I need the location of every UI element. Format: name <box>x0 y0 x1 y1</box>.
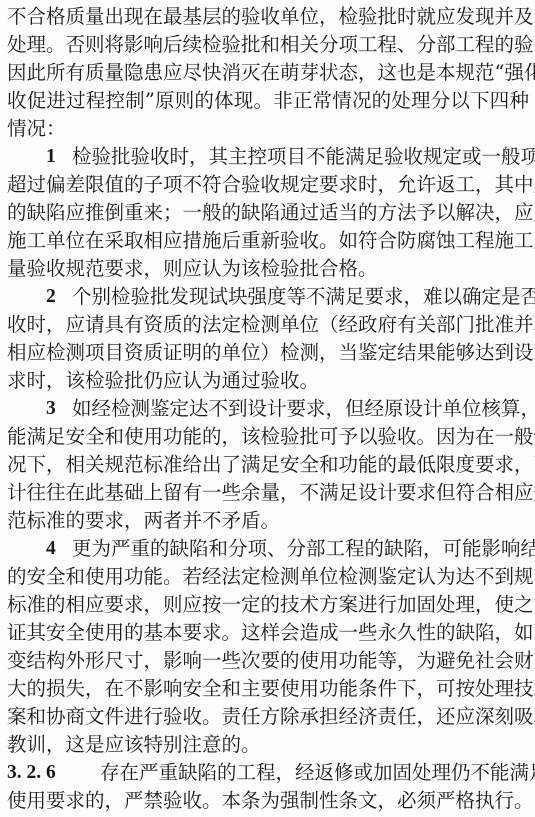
item-number: 3 <box>46 395 56 423</box>
text-line: 更为严重的缺陷和分项、分部工程的缺陷，可能影响结构 <box>72 535 529 563</box>
text-line: 因此所有质量隐患应尽快消灭在萌芽状态，这也是本规范“强化验 <box>7 59 529 87</box>
text-line: 的缺陷应推倒重来；一般的缺陷通过适当的方法予以解决，应允许 <box>7 199 529 227</box>
text-line: 收时，应请具有资质的法定检测单位（经政府有关部门批准并取得 <box>7 311 529 339</box>
text-line: 案和协商文件进行验收。责任方除承担经济责任，还应深刻吸取 <box>7 703 529 731</box>
text-line: 能满足安全和使用功能的，该检验批可予以验收。因为在一般情 <box>7 423 529 451</box>
text-line: 变结构外形尺寸，影响一些次要的使用功能等，为避免社会财产更 <box>7 647 529 675</box>
text-line: 存在严重缺陷的工程，经返修或加固处理仍不能满足安全 <box>100 759 529 787</box>
text-line: 如经检测鉴定达不到设计要求，但经原设计单位核算，仍 <box>72 395 529 423</box>
clause-number: 3. 2. 6 <box>7 759 56 787</box>
text-line: 范标准的要求，两者并不矛盾。 <box>7 507 529 535</box>
text-line: 大的损失，在不影响安全和主要使用功能条件下，可按处理技术方 <box>7 675 529 703</box>
item-number: 4 <box>46 535 56 563</box>
text-line: 求时，该检验批仍应认为通过验收。 <box>7 367 529 395</box>
text-line: 计往往在此基础上留有一些余量，不满足设计要求但符合相应规 <box>7 479 529 507</box>
text-line: 施工单位在采取相应措施后重新验收。如符合防腐蚀工程施工质 <box>7 227 529 255</box>
text-line: 处理。否则将影响后续检验批和相关分项工程、分部工程的验收。 <box>7 31 529 59</box>
text-line: 标准的相应要求，则应按一定的技术方案进行加固处理，使之能保 <box>7 591 529 619</box>
text-line: 证其安全使用的基本要求。这样会造成一些永久性的缺陷，如改 <box>7 619 529 647</box>
text-line: 收促进过程控制”原则的体现。非正常情况的处理分以下四种 <box>7 87 529 115</box>
text-line: 不合格质量出现在最基层的验收单位，检验批时就应发现并及时 <box>7 3 529 31</box>
text-line: 检验批验收时，其主控项目不能满足验收规定或一般项目 <box>72 143 529 171</box>
text-line: 相应检测项目资质证明的单位）检测，当鉴定结果能够达到设计要 <box>7 339 529 367</box>
text-line: 情况： <box>7 115 529 143</box>
item-number: 2 <box>46 283 56 311</box>
text-line: 使用要求的，严禁验收。本条为强制性条文，必须严格执行。 <box>7 787 529 815</box>
text-line: 个别检验批发现试块强度等不满足要求，难以确定是否验 <box>72 283 529 311</box>
document-page: 不合格质量出现在最基层的验收单位，检验批时就应发现并及时 处理。否则将影响后续检… <box>0 0 535 817</box>
text-line: 况下，相关规范标准给出了满足安全和功能的最低限度要求，而设 <box>7 451 529 479</box>
text-line: 的安全和使用功能。若经法定检测单位检测鉴定认为达不到规范 <box>7 563 529 591</box>
text-line: 量验收规范要求，则应认为该检验批合格。 <box>7 255 529 283</box>
item-number: 1 <box>46 143 56 171</box>
text-line: 教训，这是应该特别注意的。 <box>7 731 529 759</box>
text-line: 超过偏差限值的子项不符合验收规定要求时，允许返工，其中严重 <box>7 171 529 199</box>
